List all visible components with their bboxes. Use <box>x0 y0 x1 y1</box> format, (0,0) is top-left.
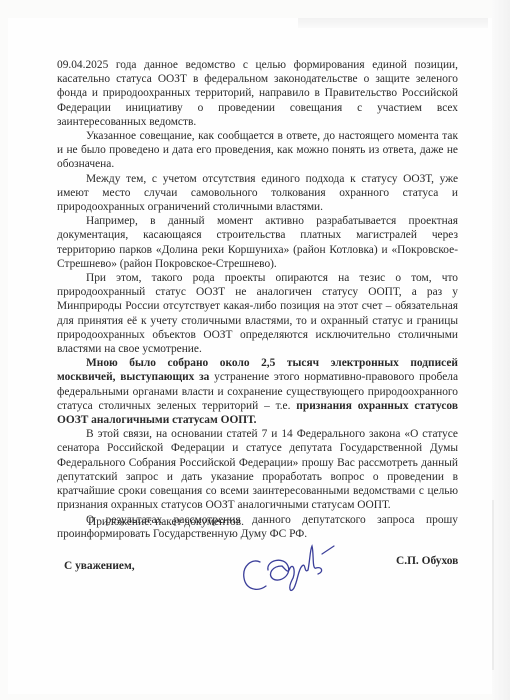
scan-edge <box>492 0 510 700</box>
scan-shadow <box>298 18 488 28</box>
attachment-note: Приложение: пакет документов. <box>88 516 244 528</box>
paragraph-1: 09.04.2025 года данное ведомство с целью… <box>57 58 458 129</box>
paragraph-4: Например, в данный момент активно разраб… <box>57 214 458 271</box>
paragraph-text: Указанное совещание, как сообщается в от… <box>57 130 458 170</box>
closing-salutation: С уважением, <box>64 560 135 572</box>
paragraph-3: Между тем, с учетом отсутствия единого п… <box>57 172 458 215</box>
paragraph-text: В этой связи, на основании статей 7 и 14… <box>57 428 458 511</box>
paragraph-6: Мною было собрано около 2,5 тысяч электр… <box>57 356 458 427</box>
paragraph-7: В этой связи, на основании статей 7 и 14… <box>57 427 458 512</box>
scan-edge-line <box>492 500 494 670</box>
signature-icon <box>238 540 338 600</box>
paragraph-text: 09.04.2025 года данное ведомство с целью… <box>57 59 458 128</box>
paragraph-5: При этом, такого рода проекты опираются … <box>57 271 458 356</box>
signer-name: С.П. Обухов <box>396 555 458 567</box>
paragraph-2: Указанное совещание, как сообщается в от… <box>57 129 458 172</box>
letter-body: 09.04.2025 года данное ведомство с целью… <box>57 58 458 541</box>
paragraph-text: Например, в данный момент активно разраб… <box>57 215 458 270</box>
paragraph-text: При этом, такого рода проекты опираются … <box>57 272 458 355</box>
paragraph-text: Между тем, с учетом отсутствия единого п… <box>57 173 458 213</box>
